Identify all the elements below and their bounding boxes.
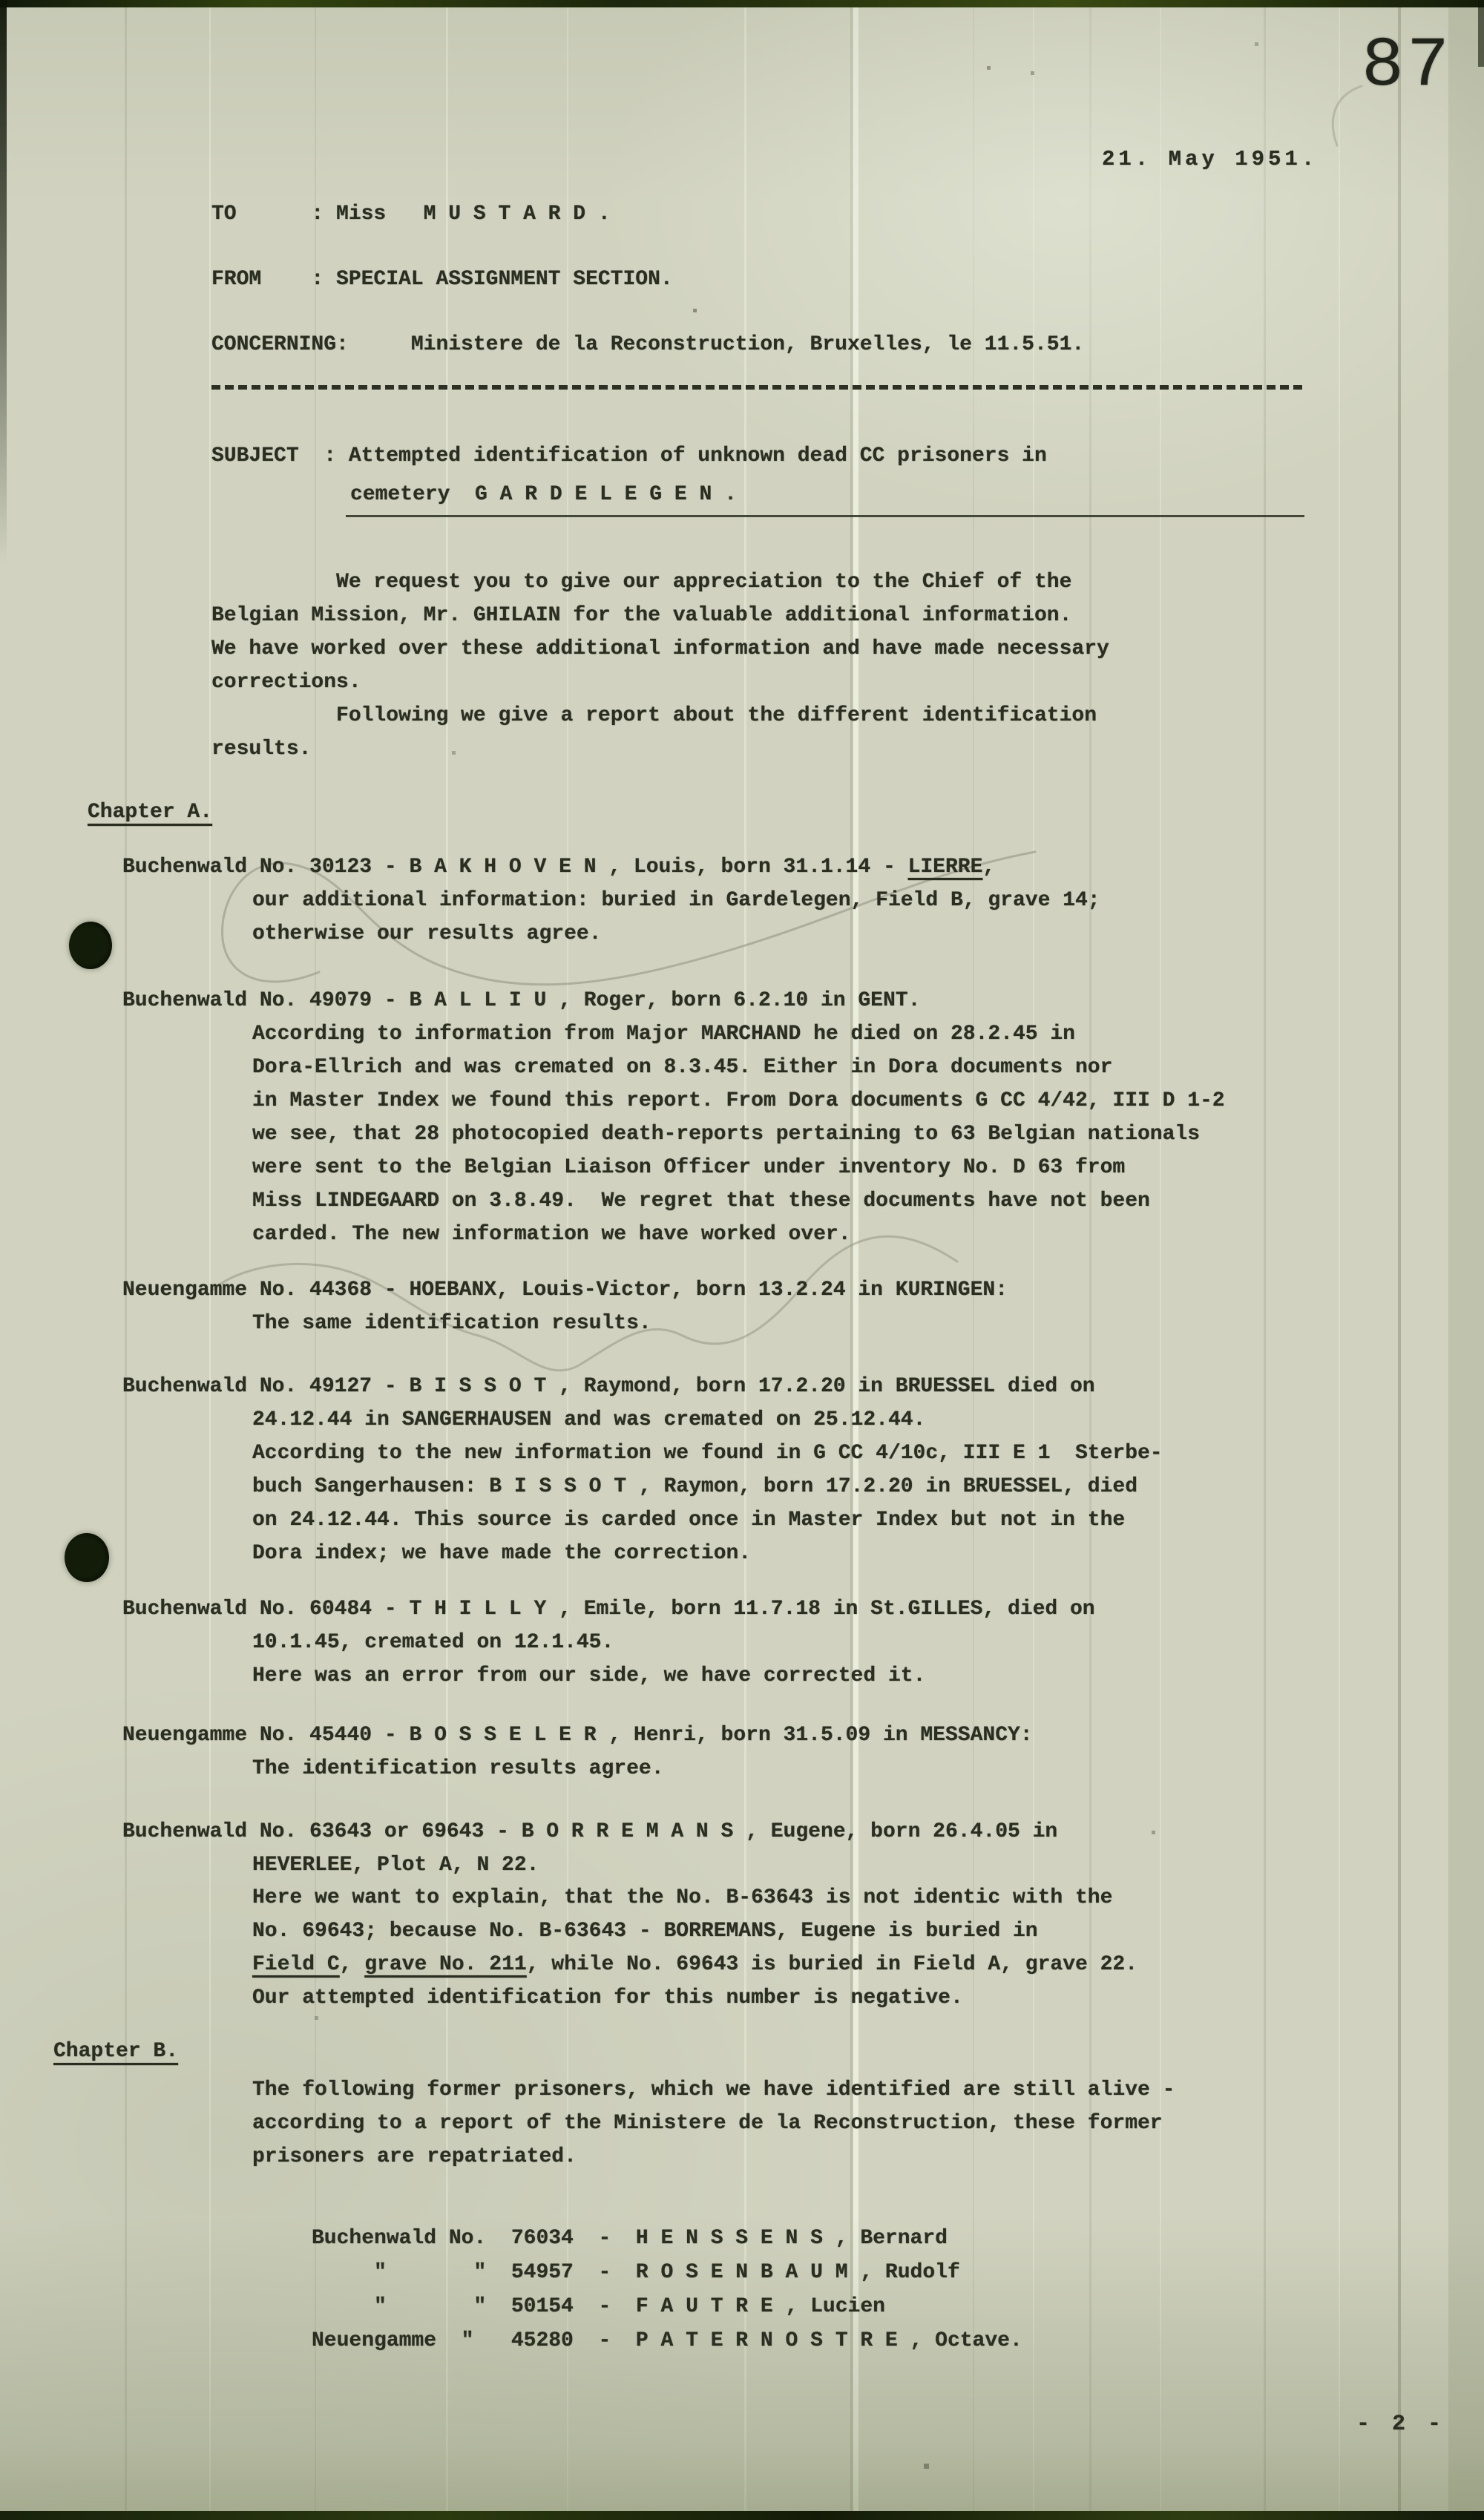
hole-punch-top [69, 922, 112, 969]
entry-borremans-line3: Here we want to explain, that the No. B-… [252, 1886, 1112, 1911]
entry-borremans-line5: Field C, grave No. 211, while No. 69643 … [252, 1952, 1137, 1978]
entry-hoebanx-line: Neuengamme No. 44368 - HOEBANX, Louis-Vi… [122, 1278, 1008, 1303]
intro-line: We have worked over these additional inf… [211, 637, 1109, 662]
entry-borremans-line4: No. 69643; because No. B-63643 - BORREMA… [252, 1919, 1038, 1944]
subject-underline [346, 515, 1304, 517]
scan-edge-left [0, 0, 7, 564]
chapter-b-para-line: according to a report of the Ministere d… [252, 2111, 1163, 2136]
entry-bosseler-line: The identification results agree. [252, 1756, 664, 1782]
field-c-underlined: Field C [252, 1953, 340, 1976]
hole-punch-bottom [65, 1533, 109, 1582]
footer-page-number: - 2 - [1356, 2412, 1445, 2437]
entry-thilly-line: Buchenwald No. 60484 - T H I L L Y , Emi… [122, 1597, 1095, 1622]
pencil-squiggle-3 [1333, 86, 1362, 145]
entry-borremans-line1: Buchenwald No. 63643 or 69643 - B O R R … [122, 1820, 1057, 1845]
entry-bakhoven-line3: otherwise our results agree. [252, 922, 601, 947]
entry-borremans-line6: Our attempted identification for this nu… [252, 1986, 963, 2011]
survivor-list-row: Buchenwald No. 76034 - H E N S S E N S ,… [312, 2226, 948, 2251]
grave-no-underlined: grave No. 211 [364, 1953, 526, 1976]
entry-borremans-line2: HEVERLEE, Plot A, N 22. [252, 1853, 539, 1878]
entry-borremans-line5-mid: , [340, 1953, 365, 1976]
entry-bakhoven-line1-pre: Buchenwald No. 30123 - B A K H O V E N ,… [122, 856, 908, 879]
intro-line: results. [211, 737, 311, 762]
chapter-a-heading: Chapter A. [88, 800, 212, 825]
survivor-list-row: " " 54957 - R O S E N B A U M , Rudolf [312, 2260, 960, 2286]
pencil-squiggle-2 [211, 1236, 957, 1371]
chapter-b-para-line: prisoners are repatriated. [252, 2145, 577, 2170]
entry-bakhoven-place-underlined: LIERRE [908, 856, 983, 879]
entry-bosseler-line: Neuengamme No. 45440 - B O S S E L E R ,… [122, 1723, 1033, 1748]
pencil-squiggles [0, 0, 1484, 2520]
entry-balliu-line: were sent to the Belgian Liaison Officer… [252, 1155, 1125, 1181]
entry-bakhoven-line2: our additional information: buried in Ga… [252, 888, 1100, 913]
subject-row1: SUBJECT : Attempted identification of un… [211, 444, 1047, 469]
entry-bissot-line: According to the new information we foun… [252, 1441, 1163, 1466]
from-row: FROM : SPECIAL ASSIGNMENT SECTION. [211, 267, 673, 292]
intro-line: Following we give a report about the dif… [211, 703, 1097, 729]
entry-bissot-line: on 24.12.44. This source is carded once … [252, 1508, 1125, 1533]
entry-thilly-line: Here was an error from our side, we have… [252, 1664, 925, 1689]
entry-balliu-line: we see, that 28 photocopied death-report… [252, 1122, 1200, 1147]
entry-hoebanx-line: The same identification results. [252, 1311, 651, 1336]
toner-specks [0, 0, 2, 2]
intro-line: We request you to give our appreciation … [211, 570, 1071, 595]
survivor-list-row: Neuengamme " 45280 - P A T E R N O S T R… [312, 2329, 1022, 2354]
entry-balliu-line: Miss LINDEGAARD on 3.8.49. We regret tha… [252, 1189, 1150, 1214]
to-row: TO : Miss M U S T A R D . [211, 202, 611, 227]
entry-bissot-line: Buchenwald No. 49127 - B I S S O T , Ray… [122, 1374, 1095, 1400]
entry-bissot-line: Dora index; we have made the correction. [252, 1541, 751, 1566]
page-number-stamp: 87 [1362, 53, 1452, 79]
dashed-separator [211, 385, 1304, 390]
concerning-row: CONCERNING: Ministere de la Reconstructi… [211, 332, 1084, 358]
scan-edge-top [0, 0, 1484, 7]
intro-line: Belgian Mission, Mr. GHILAIN for the val… [211, 603, 1071, 629]
scanned-document-page: 87 21. May 1951. TO : Miss M U S T A R D… [0, 0, 1484, 2520]
entry-bissot-line: buch Sangerhausen: B I S S O T , Raymon,… [252, 1474, 1137, 1500]
entry-balliu-line: Buchenwald No. 49079 - B A L L I U , Rog… [122, 988, 920, 1014]
chapter-b-heading: Chapter B. [53, 2039, 178, 2064]
entry-bakhoven-line1-post: , [982, 856, 995, 879]
entry-bissot-line: 24.12.44 in SANGERHAUSEN and was cremate… [252, 1408, 925, 1433]
entry-balliu-line: carded. The new information we have work… [252, 1222, 851, 1247]
entry-thilly-line: 10.1.45, cremated on 12.1.45. [252, 1630, 614, 1656]
entry-balliu-line: Dora-Ellrich and was cremated on 8.3.45.… [252, 1055, 1112, 1080]
survivor-list-row: " " 50154 - F A U T R E , Lucien [312, 2294, 885, 2320]
subject-row2: cemetery G A R D E L E G E N . [350, 482, 737, 508]
scan-edge-bottom [0, 2511, 1484, 2520]
scan-edge-right [1478, 0, 1484, 67]
entry-balliu-line: in Master Index we found this report. Fr… [252, 1089, 1225, 1114]
entry-bakhoven-line1: Buchenwald No. 30123 - B A K H O V E N ,… [122, 855, 995, 880]
entry-borremans-line5-post: , while No. 69643 is buried in Field A, … [527, 1953, 1137, 1976]
date-line: 21. May 1951. [1102, 147, 1318, 172]
chapter-b-para-line: The following former prisoners, which we… [252, 2078, 1175, 2103]
entry-balliu-line: According to information from Major MARC… [252, 1022, 1075, 1047]
intro-line: corrections. [211, 670, 361, 695]
